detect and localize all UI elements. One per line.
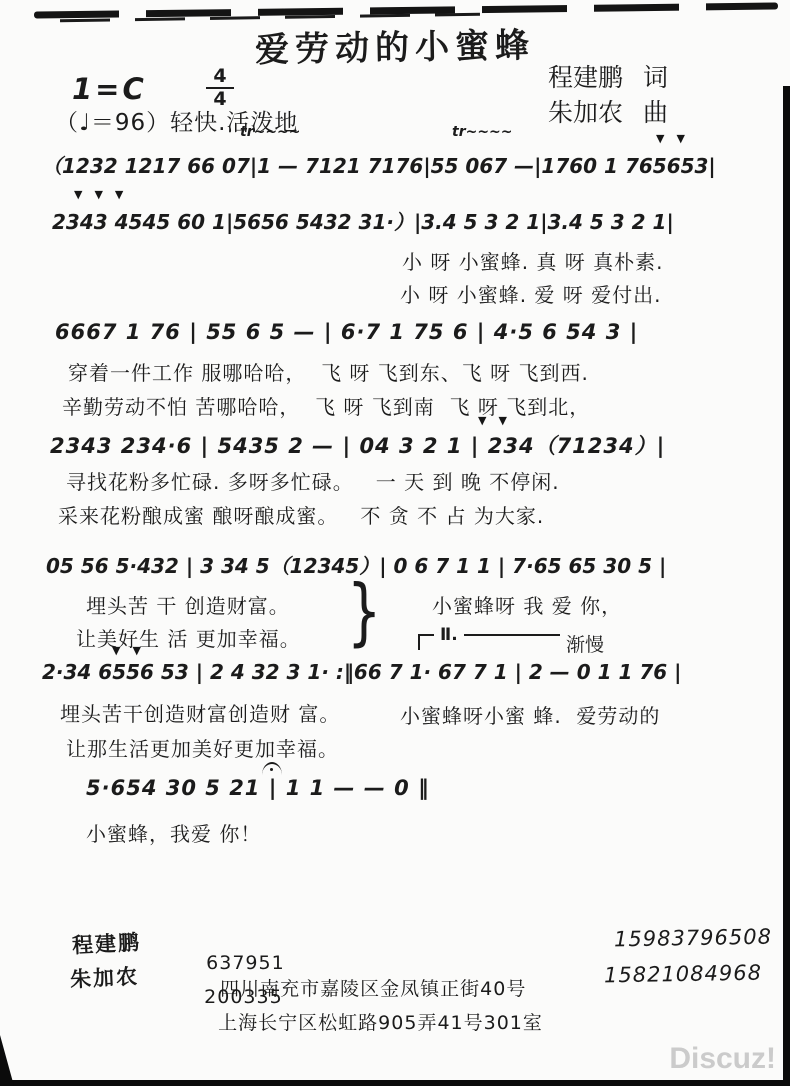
- scan-corner-bottom-left: [0, 1026, 14, 1086]
- credits-block: 程建鹏词 朱加农曲: [548, 60, 668, 130]
- trill-mark: tr~~~~: [452, 124, 513, 140]
- lyrics-line: 寻找花粉多忙碌. 多呀多忙碌。 一 天 到 晚 不停闲.: [66, 466, 560, 495]
- trill-mark: tr~~~~: [240, 124, 301, 140]
- fermata-mark: [262, 762, 282, 775]
- lyrics-line: 小 呀 小蜜蜂. 爱 呀 爱付出.: [400, 279, 662, 308]
- accent-marks: ▼▼: [112, 644, 153, 657]
- notation-line-6: 2·34 6556 53 | 2 4 32 3 1· :‖66 7 1· 67 …: [42, 660, 681, 684]
- lyrics-line: 采来花粉酿成蜜 酿呀酿成蜜。 不 贪 不 占 为大家.: [58, 500, 544, 529]
- lyrics-line: 埋头苦 干 创造财富。: [86, 590, 290, 619]
- composer-role: 曲: [643, 98, 668, 127]
- scan-edge-bottom: [8, 1080, 790, 1086]
- song-title: 爱劳动的小蜜蜂: [0, 13, 790, 76]
- lyricist-name: 程建鹏: [548, 63, 623, 92]
- scan-edge-right: [783, 86, 790, 1086]
- notation-line-3: 6667 1 76 | 55 6 5 — | 6·7 1 75 6 | 4·5 …: [55, 320, 638, 344]
- contact-phone: 15983796508: [614, 925, 772, 952]
- notation-line-2: 2343 4545 60 1|5656 5432 31·）|3.4 5 3 2 …: [52, 206, 674, 235]
- notation-line-7: 5·654 30 5 21 | 1 1 — — 0 ‖: [86, 776, 430, 800]
- contact-street: 上海长宁区松虹路905弄41号301室: [218, 1012, 543, 1034]
- notation-line-4: 2343 234·6 | 5435 2 — | 04 3 2 1 | 234（7…: [50, 430, 665, 460]
- key-signature: 1=C: [72, 72, 147, 106]
- contact-address: 200335 上海长宁区松虹路905弄41号301室: [176, 964, 543, 1057]
- lyricist-credit: 程建鹏词: [548, 60, 668, 95]
- lyrics-line: 小 呀 小蜜蜂. 真 呀 真朴素.: [402, 246, 664, 275]
- time-signature-numerator: 4: [206, 66, 234, 89]
- notation-line-1: （1232 1217 66 07|1 — 7121 7176|55 067 —|…: [42, 150, 716, 179]
- watermark: Discuz!: [669, 1042, 776, 1076]
- volta-bracket: Ⅱ.: [418, 634, 560, 650]
- lyrics-line: 穿着一件工作 服哪哈哈， 飞 呀 飞到东、飞 呀 飞到西.: [68, 357, 589, 386]
- lyrics-line: 让那生活更加美好更加幸福。: [66, 733, 339, 762]
- contact-name: 朱加农: [69, 960, 139, 994]
- lyrics-line: 小蜜蜂呀小蜜 蜂. 爱劳动的: [400, 700, 660, 729]
- volta-label: Ⅱ.: [434, 625, 464, 645]
- lyrics-brace: }: [347, 569, 381, 654]
- ritardando-marking: 渐慢: [566, 630, 604, 657]
- contact-name: 程建鹏: [71, 926, 141, 960]
- accent-marks: ▼▼▼: [74, 188, 135, 201]
- composer-credit: 朱加农曲: [548, 95, 668, 130]
- accent-marks: ▼▼: [478, 414, 519, 427]
- contact-phone: 15821084968: [604, 961, 762, 988]
- lyrics-line: 小蜜蜂，我爱 你！: [86, 818, 261, 847]
- composer-name: 朱加农: [548, 98, 623, 127]
- scanned-sheet-music-page: 爱劳动的小蜜蜂 1=C 4 4 （♩＝96）轻快.活泼地 程建鹏词 朱加农曲 t…: [0, 0, 790, 1086]
- lyricist-role: 词: [643, 63, 668, 92]
- lyrics-line: 让美好生 活 更加幸福。: [76, 623, 301, 652]
- accent-marks: ▼▼: [656, 132, 697, 145]
- lyrics-line: 小蜜蜂呀 我 爱 你，: [432, 590, 622, 619]
- lyrics-line: 埋头苦干创造财富创造财 富。: [60, 698, 340, 727]
- contact-postal-code: 200335: [204, 986, 283, 1008]
